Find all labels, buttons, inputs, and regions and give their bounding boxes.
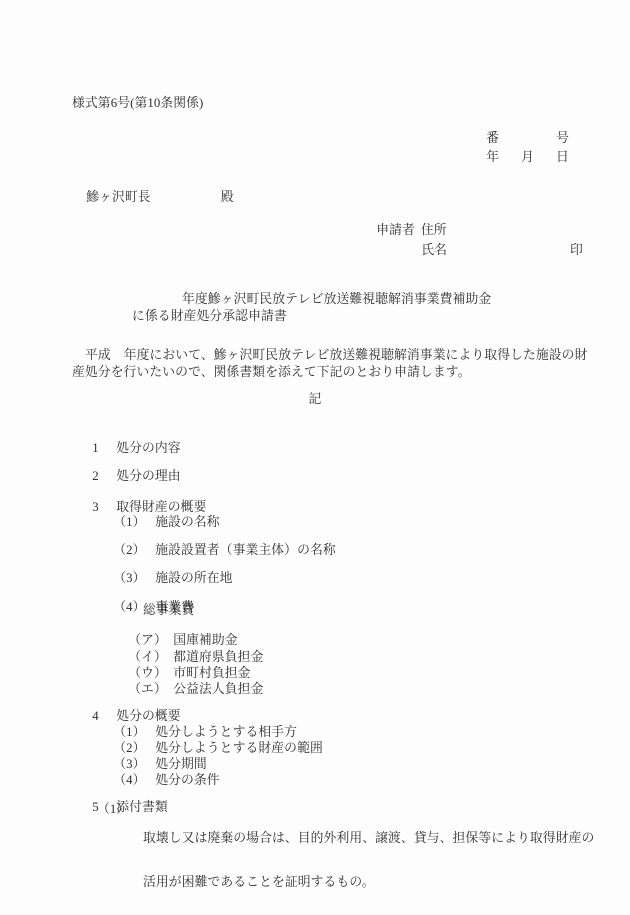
month-blank-space — [534, 160, 556, 161]
attachment-text-line2: 活用が困難であることを証明するもの。 — [143, 874, 594, 890]
year-label: 年 — [486, 150, 499, 164]
subitem-text: 処分の条件 — [155, 773, 219, 787]
addressee-line: 鰺ヶ沢町長殿 — [73, 176, 234, 218]
addressee-title: 鰺ヶ沢町長 — [86, 190, 150, 204]
addressee-blank-space — [151, 200, 221, 201]
subitem-text: 施設の名称 — [155, 515, 219, 529]
subitem-label: （4） — [113, 773, 155, 787]
subitem-text: 施設の所在地 — [155, 571, 232, 585]
subitem-label: （1） — [113, 515, 155, 529]
name-label: 氏名 — [421, 243, 447, 257]
intro-paragraph-line2: 産処分を行いたいので、関係書類を添えて下記のとおり申請します。 — [72, 365, 471, 379]
applicant-name-line: 氏名印 — [408, 229, 583, 271]
document-title-line1: 年度鰺ヶ沢町民放テレビ放送難視聴解消事業費補助金 — [182, 292, 491, 306]
document-page: 様式第6号(第10条関係) 番号 年月日 鰺ヶ沢町長殿 申請者住所 氏名印 年度… — [0, 0, 630, 915]
section-5-subitem-1: （1） 取壊し又は廃棄の場合は、目的外利用、譲渡、貸与、担保等により取得財産の … — [97, 802, 594, 915]
document-date-field: 年月日 — [473, 136, 569, 178]
year-blank-space — [499, 160, 521, 161]
seal-label: 印 — [570, 243, 583, 257]
month-label: 月 — [521, 150, 534, 164]
attachment-text-line1: 取壊し又は廃棄の場合は、目的外利用、譲渡、貸与、担保等により取得財産の — [143, 830, 594, 846]
subitem-label: （3） — [113, 571, 155, 585]
subitem-text: 取壊し又は廃棄の場合は、目的外利用、譲渡、貸与、担保等により取得財産の 活用が困… — [143, 802, 594, 915]
subitem-label: （1） — [97, 802, 143, 816]
section-1-title: 処分の内容 — [116, 441, 180, 455]
subitem-text: 施設設置者（事業主体）の名称 — [155, 543, 336, 557]
form-number: 様式第6号(第10条関係) — [72, 96, 203, 110]
section-1-number: 1 — [92, 441, 116, 455]
subitem-text: 公益法人負担金 — [173, 682, 263, 696]
ki-marker: 記 — [0, 392, 630, 406]
total-cost-label: 総事業費 — [143, 603, 195, 617]
section-2-title: 処分の理由 — [116, 469, 180, 483]
intro-paragraph-line1: 平成 年度において、鰺ヶ沢町民放テレビ放送難視聴解消事業により取得した施設の財 — [85, 348, 587, 362]
subitem-label: （エ） — [128, 682, 173, 696]
document-title-line2: に係る財産処分承認申請書 — [132, 309, 287, 323]
name-blank-space — [447, 253, 570, 254]
section-2-number: 2 — [92, 469, 116, 483]
addressee-honorific: 殿 — [221, 190, 234, 204]
subitem-label: （2） — [113, 543, 155, 557]
day-label: 日 — [556, 150, 569, 164]
